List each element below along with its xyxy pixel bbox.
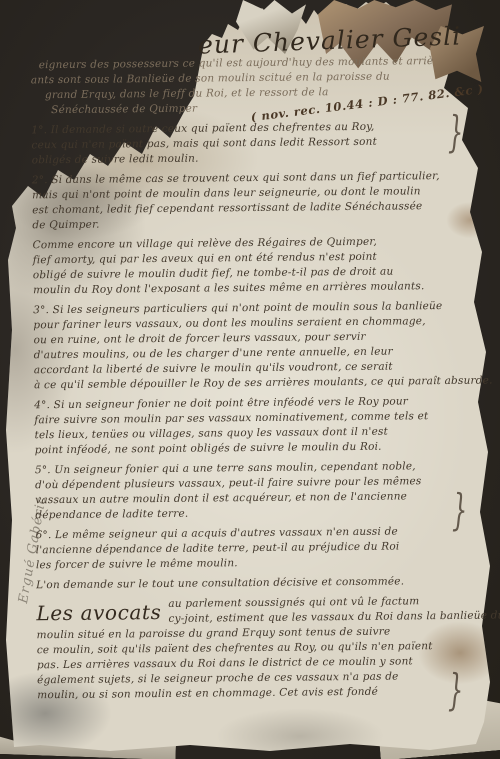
manuscript-line: les forcer de suivre le même moulin. [36,554,476,574]
manuscript-line: L'on demande sur le tout une consultatio… [36,574,476,594]
paragraph-item-4: 4°. Si un seigneur fonier ne doit point … [34,394,475,459]
avocats-heading: Les avocats [36,597,161,628]
ink-brace-mark: } [452,485,467,535]
manuscript-line: point inféodé, ne sont point obligés de … [35,439,475,459]
photograph-of-manuscript: eur Chevalier Gesli ( nov. rec. 10.44 : … [0,0,500,759]
manuscript-line: moulin du Roy dont l'exposant a les suit… [33,279,473,299]
manuscript-line: à ce qu'il semble dépouiller le Roy de s… [34,374,474,394]
manuscript-text: eigneurs des possesseurs ce qu'il est au… [31,54,478,709]
manuscript-line: dépendance de ladite terre. [35,504,475,524]
paragraph-avocats: Les avocatsau parlement soussignés qui o… [36,594,477,704]
paragraph-item-6: 6°. Le même seigneur qui a acquis d'autr… [36,524,476,574]
ink-brace-mark: } [448,665,463,715]
paragraph-item-5: 5°. Un seigneur fonier qui a une terre s… [35,459,476,524]
manuscript-line: obligés de suivre ledit moulin. [32,149,472,169]
paragraph-item-3: 3°. Si les seigneurs particuliers qui n'… [33,299,474,394]
paragraph-demande: L'on demande sur le tout une consultatio… [36,574,476,594]
ink-brace-mark: } [448,107,463,157]
paragraph-intro: eigneurs des possesseurs ce qu'il est au… [31,54,472,119]
paragraph-item-1: 1°. Il demande si outre ceux qui païent … [31,119,471,169]
paragraph-item-2: 2°. Si dans le même cas se trouvent ceux… [32,169,473,234]
manuscript-line: de Quimper. [32,214,472,234]
manuscript-line: moulin, ou si son moulin est en chommage… [37,684,477,704]
paragraph-village: Comme encore un village qui relève des R… [32,234,473,299]
